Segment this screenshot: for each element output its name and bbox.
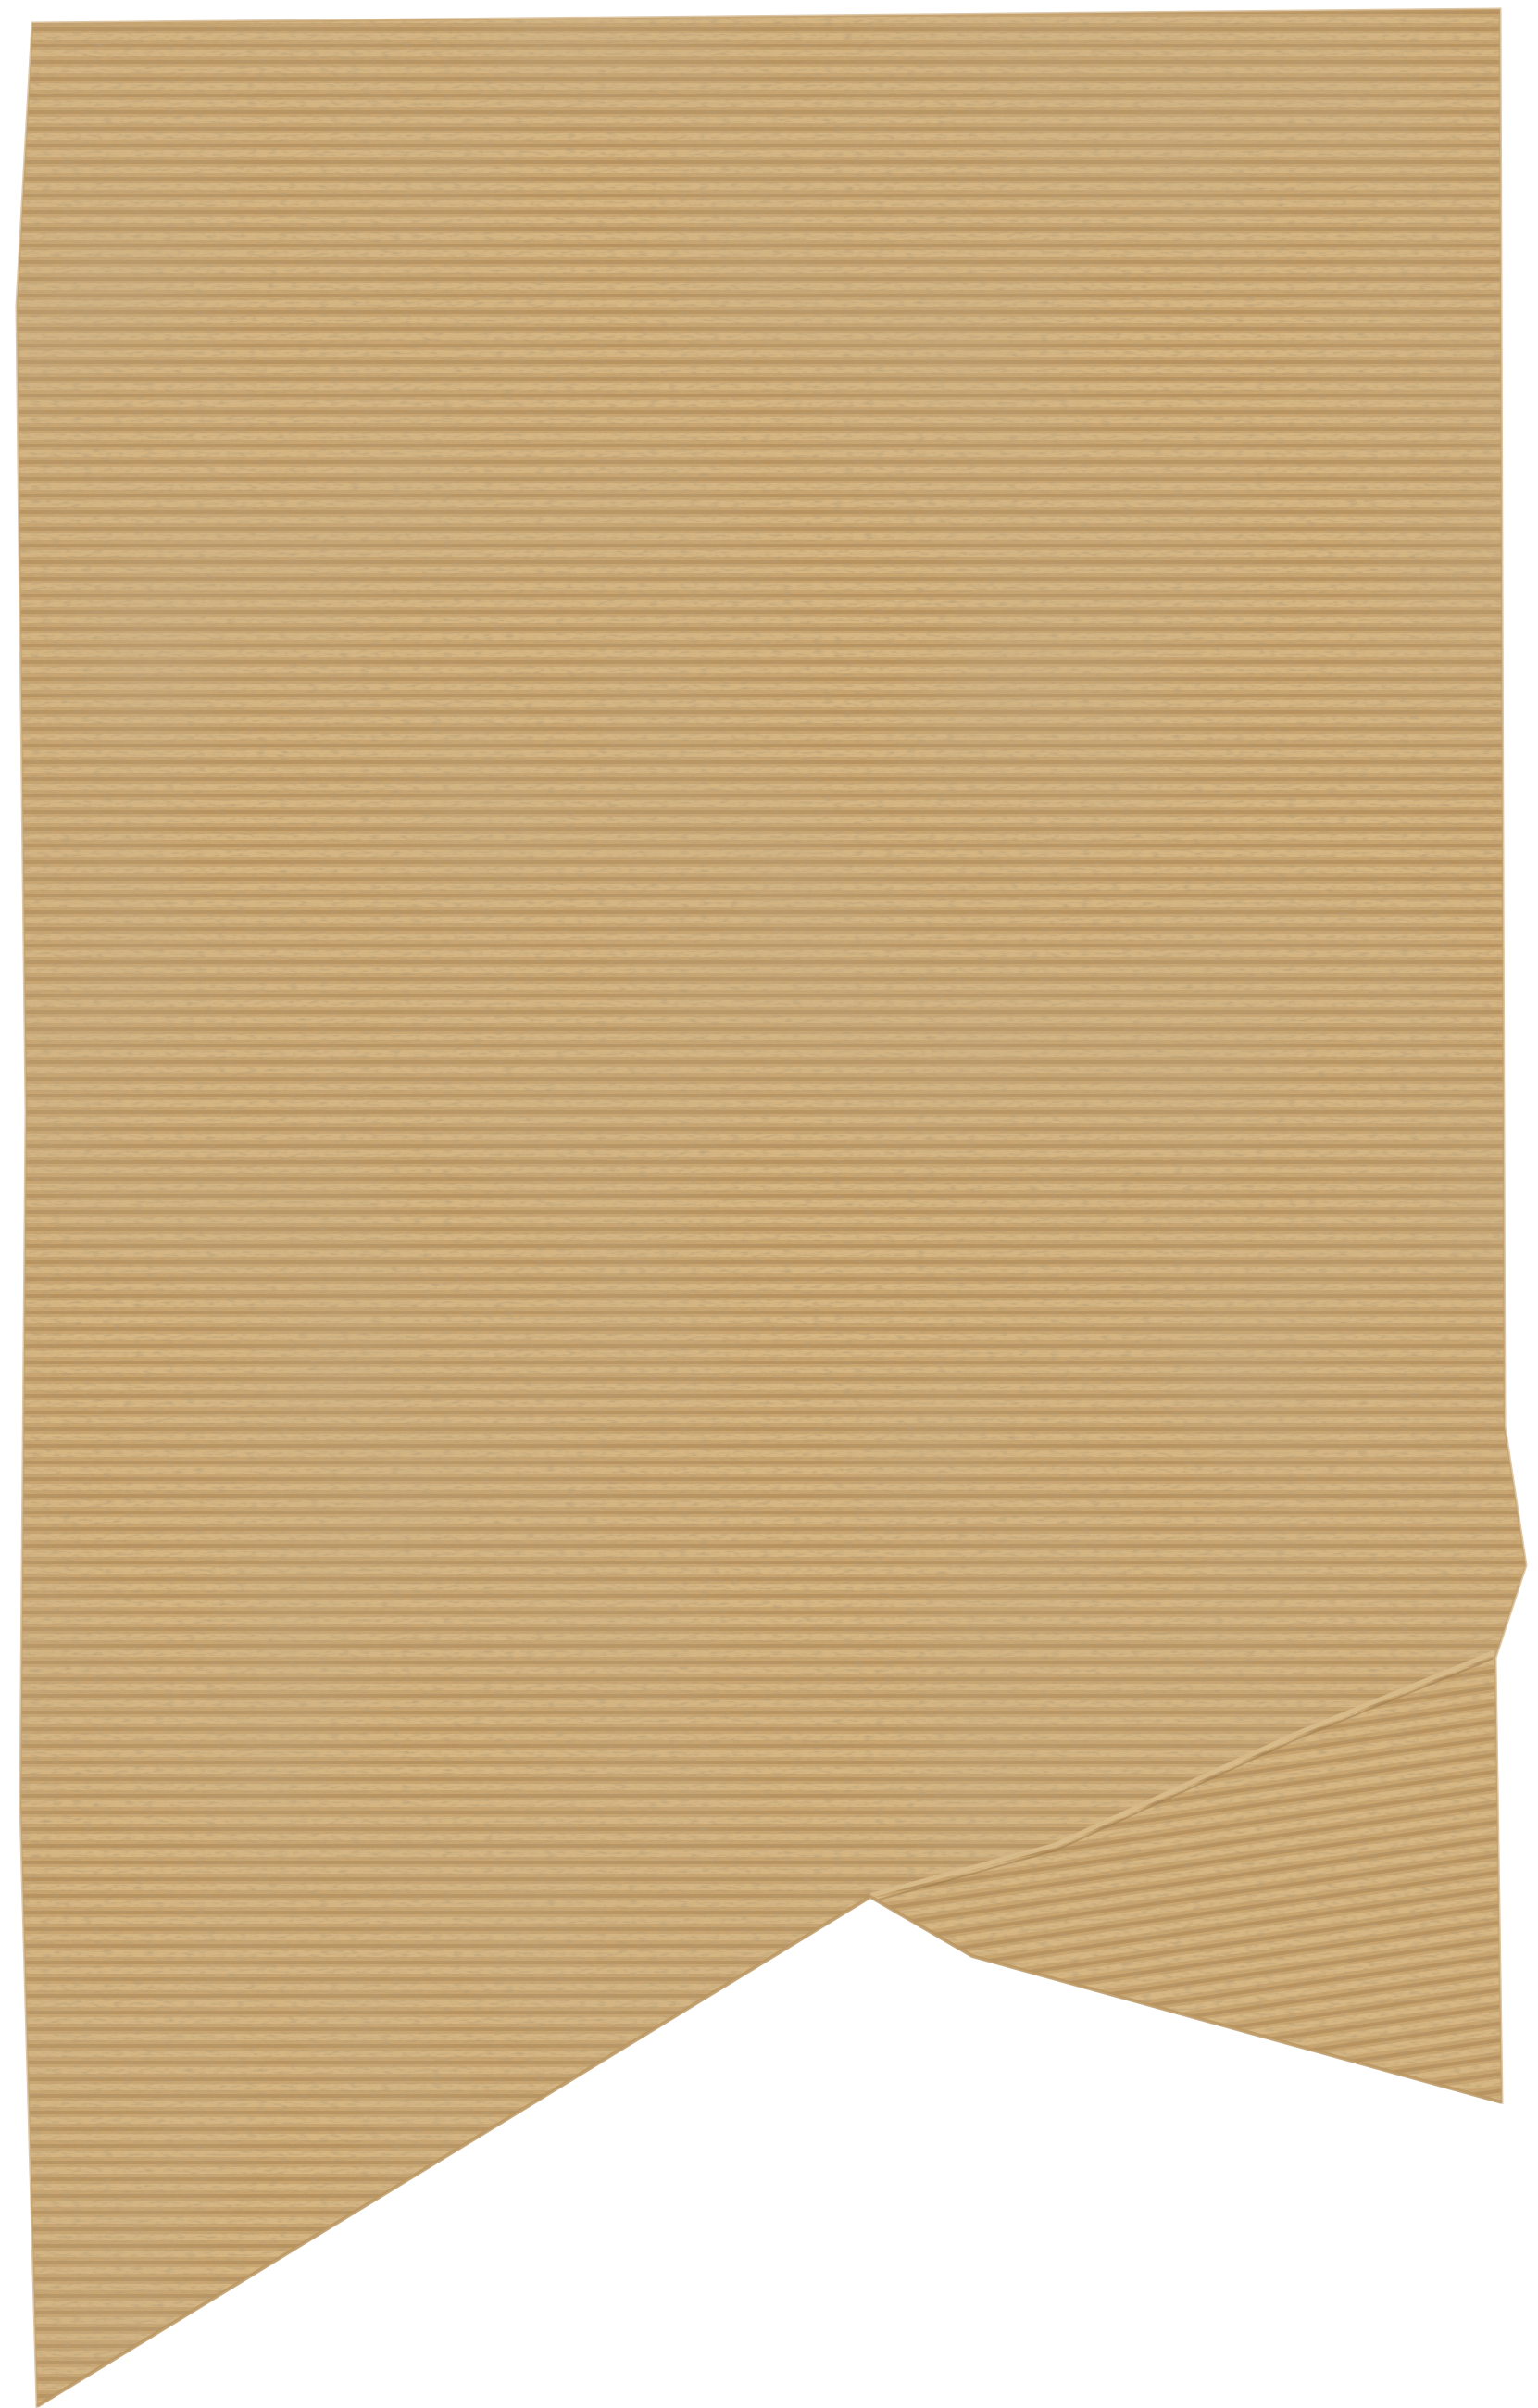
scarf-photo (0, 0, 1538, 2408)
